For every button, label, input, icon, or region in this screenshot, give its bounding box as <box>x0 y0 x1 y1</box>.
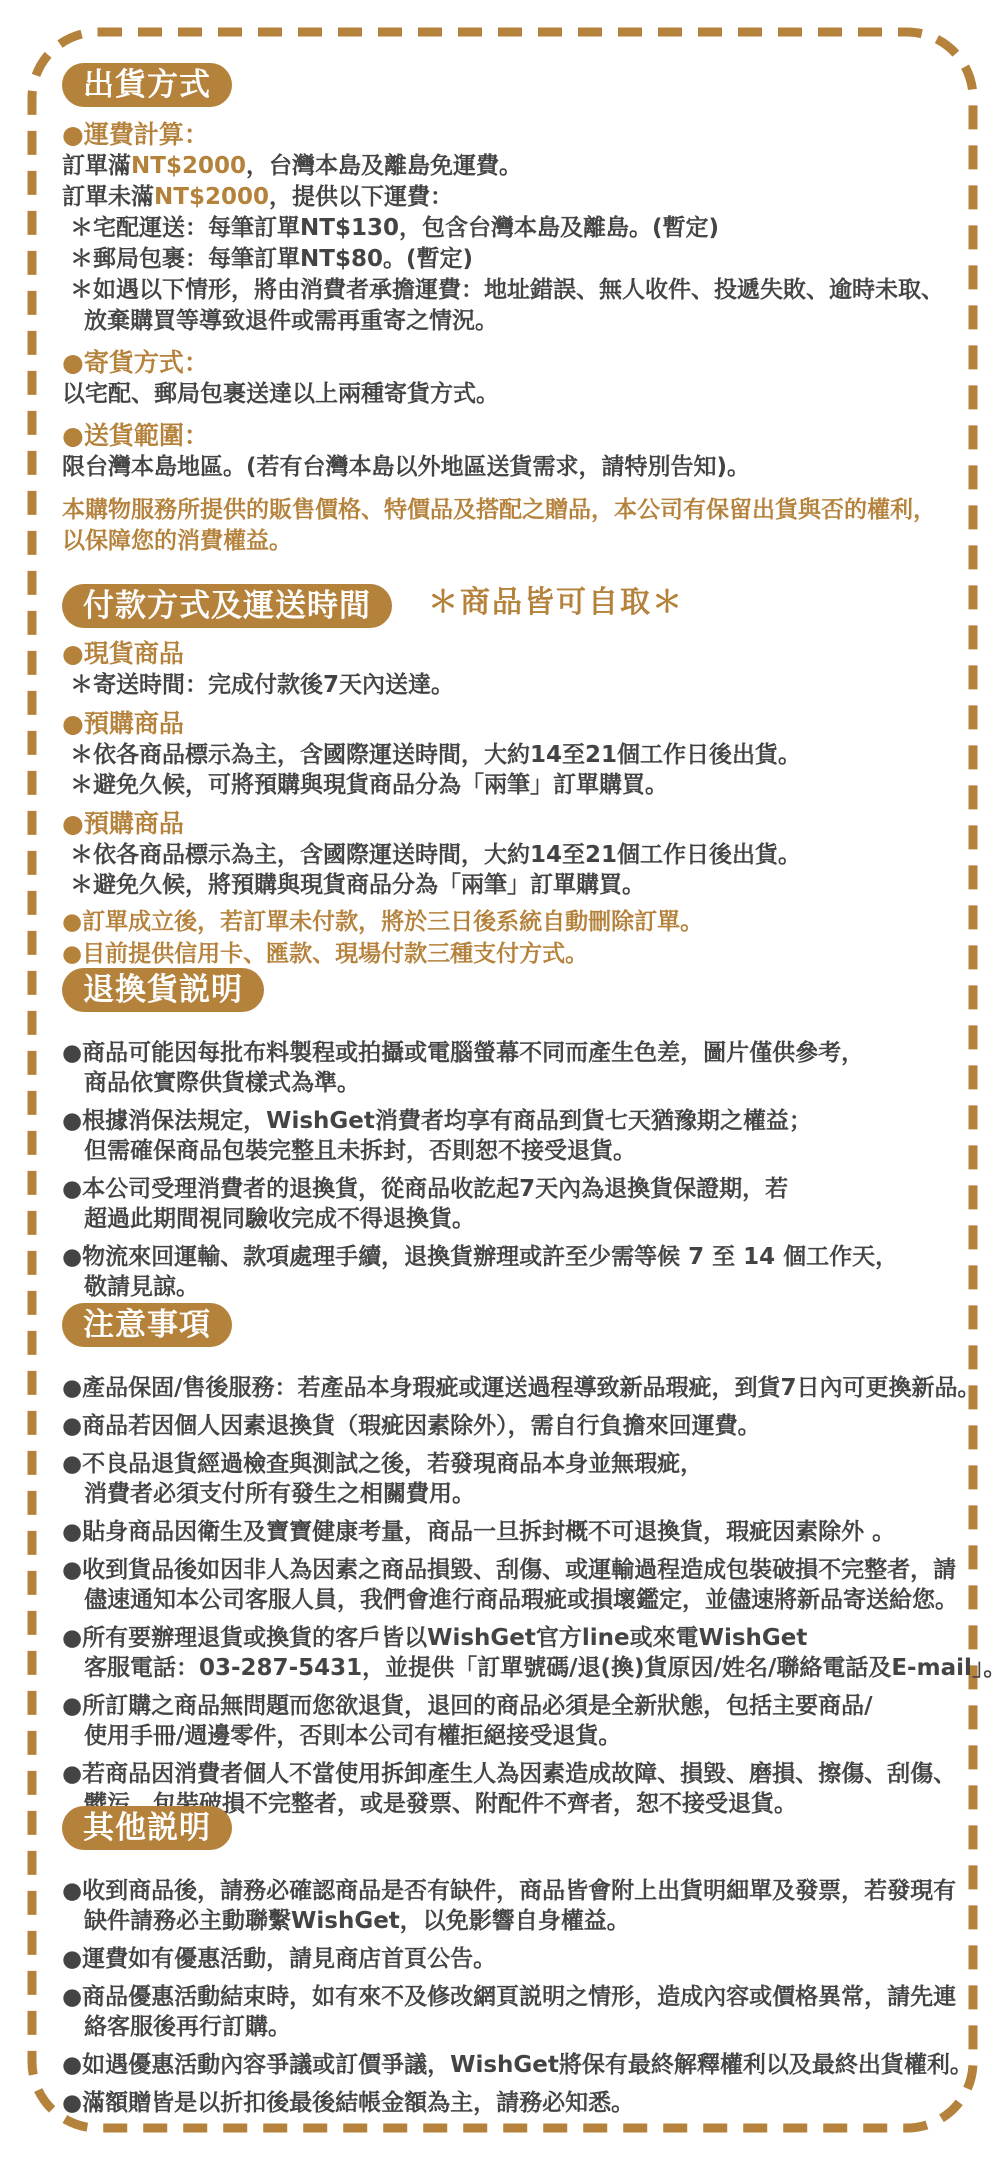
policy-line-continuation: 商品依實際供貨樣式為準。 <box>62 1068 972 1098</box>
policy-line: ●貼身商品因衛生及寶寶健康考量，商品一旦拆封概不可退換貨，瑕疵因素除外 。 <box>62 1517 972 1547</box>
policy-line: ＊避免久候，可將預購與現貨商品分為「兩筆」訂單購買。 <box>62 770 972 800</box>
subheading-preorder-1: ●預購商品 <box>62 708 972 740</box>
policy-line-continuation: 放棄購買等導致退件或需再重寄之情況。 <box>62 306 972 337</box>
policy-line: 限台灣本島地區。(若有台灣本島以外地區送貨需求，請特別告知)。 <box>62 452 972 483</box>
payment-header-row: 付款方式及運送時間＊商品皆可自取＊ <box>62 577 972 638</box>
notice-line: 以保障您的消費權益。 <box>62 526 972 557</box>
subheading-instock: ●現貨商品 <box>62 638 972 670</box>
section-badge-payment: 付款方式及運送時間 <box>62 584 392 628</box>
policy-line: ＊避免久候，將預購與現貨商品分為「兩筆」訂單購買。 <box>62 870 972 900</box>
section-notes: 注意事項 ●產品保固/售後服務：若產品本身瑕疵或運送過程導致新品瑕疵，到貨7日內… <box>62 1303 972 1819</box>
section-payment: 付款方式及運送時間＊商品皆可自取＊ ●現貨商品 ＊寄送時間：完成付款後7天內送達… <box>62 577 972 970</box>
payment-notice: ●訂單成立後，若訂單未付款，將於三日後系統自動刪除訂單。 ●目前提供信用卡、匯款… <box>62 906 972 970</box>
policy-line: ●商品優惠活動結束時，如有來不及修改網頁説明之情形，造成內容或價格異常，請先連 <box>62 1982 972 2012</box>
policy-page: { "page": { "bg": "#ffffff", "accent": "… <box>0 0 1000 2157</box>
subheading-preorder-2: ●預購商品 <box>62 808 972 840</box>
policy-line: 訂單滿NT$2000，台灣本島及離島免運費。 <box>62 151 972 182</box>
text-segment: ，提供以下運費： <box>269 184 453 210</box>
policy-line: 以宅配、郵局包裹送達以上兩種寄貨方式。 <box>62 379 972 410</box>
policy-line: ＊宅配運送：每筆訂單NT$130，包含台灣本島及離島。(暫定) <box>62 213 972 244</box>
amount-highlight: NT$2000 <box>131 153 246 179</box>
policy-line: ●運費如有優惠活動，請見商店首頁公告。 <box>62 1944 972 1974</box>
policy-line-continuation: 使用手冊/週邊零件，否則本公司有權拒絕接受退貨。 <box>62 1721 972 1751</box>
policy-line-continuation: 缺件請務必主動聯繫WishGet，以免影響自身權益。 <box>62 1906 972 1936</box>
policy-line-continuation: 敬請見諒。 <box>62 1272 972 1302</box>
section-badge-others: 其他説明 <box>62 1806 232 1850</box>
policy-line: ●收到商品後，請務必確認商品是否有缺件，商品皆會附上出貨明細單及發票，若發現有 <box>62 1876 972 1906</box>
subheading-delivery-area: ●送貨範圍： <box>62 420 972 452</box>
policy-line: ●產品保固/售後服務：若產品本身瑕疵或運送過程導致新品瑕疵，到貨7日內可更換新品… <box>62 1373 972 1403</box>
policy-line: ＊寄送時間：完成付款後7天內送達。 <box>62 670 972 700</box>
policy-line: ●不良品退貨經過檢查與測試之後，若發現商品本身並無瑕疵， <box>62 1449 972 1479</box>
policy-line-continuation: 客服電話：03-287-5431，並提供「訂單號碼/退(換)貨原因/姓名/聯絡電… <box>62 1653 972 1683</box>
section-others: 其他説明 ●收到商品後，請務必確認商品是否有缺件，商品皆會附上出貨明細單及發票，… <box>62 1806 972 2118</box>
policy-line: ●所有要辦理退貨或換貨的客戶皆以WishGet官方line或來電WishGet <box>62 1623 972 1653</box>
notice-line: 本購物服務所提供的販售價格、特價品及搭配之贈品，本公司有保留出貨與否的權利， <box>62 495 972 526</box>
policy-line: ●所訂購之商品無問題而您欲退貨，退回的商品必須是全新狀態，包括主要商品/ <box>62 1691 972 1721</box>
policy-line: ●根據消保法規定，WishGet消費者均享有商品到貨七天猶豫期之權益； <box>62 1106 972 1136</box>
section-shipping: 出貨方式 ●運費計算： 訂單滿NT$2000，台灣本島及離島免運費。 訂單未滿N… <box>62 63 972 557</box>
section-returns: 退換貨説明 ●商品可能因每批布料製程或拍攝或電腦螢幕不同而產生色差，圖片僅供參考… <box>62 968 972 1302</box>
policy-line-continuation: 超過此期間視同驗收完成不得退換貨。 <box>62 1204 972 1234</box>
notice-line: ●訂單成立後，若訂單未付款，將於三日後系統自動刪除訂單。 <box>62 906 972 938</box>
amount-highlight: NT$2000 <box>154 184 269 210</box>
subheading-freight-calc: ●運費計算： <box>62 119 972 151</box>
section-badge-notes: 注意事項 <box>62 1303 232 1347</box>
text-segment: 訂單未滿 <box>62 184 154 210</box>
section-badge-shipping: 出貨方式 <box>62 63 232 107</box>
policy-line: ●如遇優惠活動內容爭議或訂價爭議，WishGet將保有最終解釋權利以及最終出貨權… <box>62 2050 972 2080</box>
policy-line: 訂單未滿NT$2000，提供以下運費： <box>62 182 972 213</box>
text-segment: 訂單滿 <box>62 153 131 179</box>
policy-line: ●收到貨品後如因非人為因素之商品損毀、刮傷、或運輸過程造成包裝破損不完整者，請 <box>62 1555 972 1585</box>
policy-line: ●若商品因消費者個人不當使用拆卸產生人為因素造成故障、損毀、磨損、擦傷、刮傷、 <box>62 1759 972 1789</box>
policy-line-continuation: 絡客服後再行訂購。 <box>62 2012 972 2042</box>
policy-line: ●物流來回運輸、款項處理手續，退換貨辦理或許至少需等候 7 至 14 個工作天， <box>62 1242 972 1272</box>
section-badge-returns: 退換貨説明 <box>62 968 264 1012</box>
policy-line-continuation: 儘速通知本公司客服人員，我們會進行商品瑕疵或損壞鑑定，並儘速將新品寄送給您。 <box>62 1585 972 1615</box>
policy-line-continuation: 消費者必須支付所有發生之相關費用。 <box>62 1479 972 1509</box>
policy-line: ●滿額贈皆是以折扣後最後結帳金額為主，請務必知悉。 <box>62 2088 972 2118</box>
text-segment: ，台灣本島及離島免運費。 <box>246 153 522 179</box>
policy-line: ●商品若因個人因素退換貨（瑕疵因素除外），需自行負擔來回運費。 <box>62 1411 972 1441</box>
policy-line-continuation: 但需確保商品包裝完整且未拆封，否則恕不接受退貨。 <box>62 1136 972 1166</box>
subheading-delivery-method: ●寄貨方式： <box>62 347 972 379</box>
policy-line: ＊依各商品標示為主，含國際運送時間，大約14至21個工作日後出貨。 <box>62 740 972 770</box>
shipping-notice: 本購物服務所提供的販售價格、特價品及搭配之贈品，本公司有保留出貨與否的權利， 以… <box>62 495 972 557</box>
policy-line: ＊郵局包裹：每筆訂單NT$80。(暫定) <box>62 244 972 275</box>
policy-line: ＊依各商品標示為主，含國際運送時間，大約14至21個工作日後出貨。 <box>62 840 972 870</box>
notice-line: ●目前提供信用卡、匯款、現場付款三種支付方式。 <box>62 938 972 970</box>
pickup-note: ＊商品皆可自取＊ <box>428 585 684 620</box>
policy-line: ●商品可能因每批布料製程或拍攝或電腦螢幕不同而產生色差，圖片僅供參考， <box>62 1038 972 1068</box>
policy-line: ●本公司受理消費者的退換貨，從商品收訖起7天內為退換貨保證期，若 <box>62 1174 972 1204</box>
policy-line: ＊如遇以下情形，將由消費者承擔運費：地址錯誤、無人收件、投遞失敗、逾時未取、 <box>62 275 972 306</box>
